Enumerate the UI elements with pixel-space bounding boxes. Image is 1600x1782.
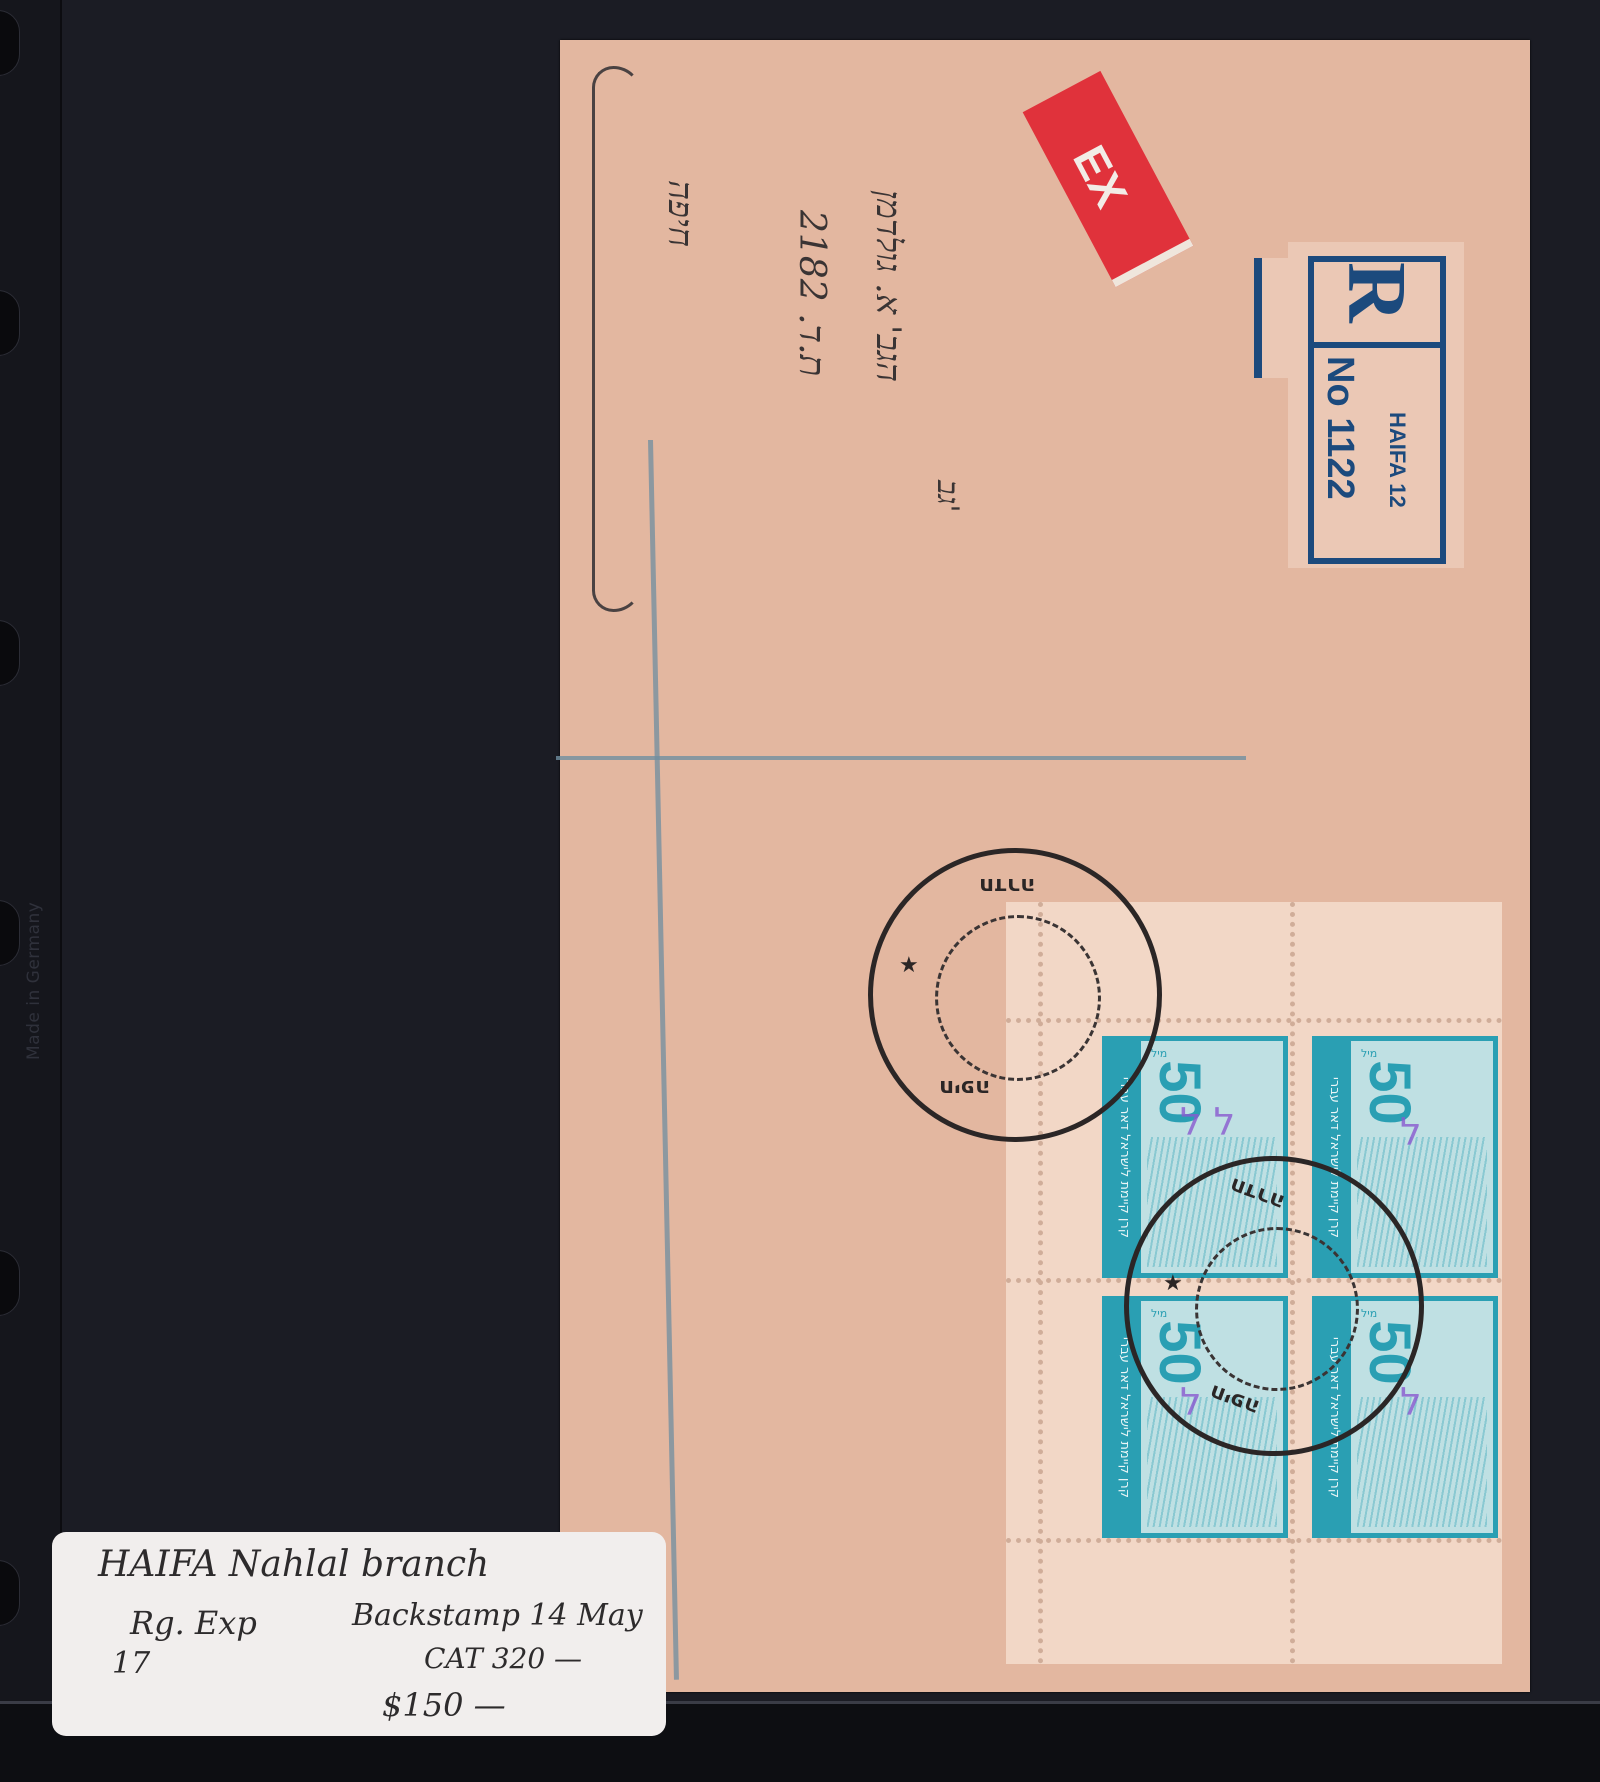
note-line-3-left: 17 <box>112 1646 150 1681</box>
postmark-star: ★ <box>1163 1271 1183 1296</box>
postmark-cancel: חדרה ★ חיפה <box>868 848 1162 1142</box>
registration-label-stub <box>1254 258 1288 378</box>
address-line-3: חיפה <box>660 180 700 247</box>
postmark-top-text: חדרה <box>1226 1172 1288 1215</box>
violet-manuscript-cancel: ל <box>1400 1110 1422 1154</box>
dealer-note-card: HAIFA Nahlal branch Rg. Exp Backstamp 14… <box>52 1532 666 1736</box>
stamp-vignette <box>1357 1397 1487 1527</box>
address-line-2: ת.ד. 2182 <box>790 210 832 377</box>
registration-number: No 1122 <box>1318 356 1361 500</box>
express-label-text: EX <box>1062 136 1138 216</box>
note-line-4-price: $150 — <box>382 1686 506 1724</box>
note-line-3-right: CAT 320 — <box>424 1642 582 1675</box>
blue-crayon-line-horizontal <box>556 756 1246 760</box>
handwritten-flourish <box>592 66 642 612</box>
registration-letter: R <box>1314 262 1440 348</box>
binder-hole <box>0 1250 20 1316</box>
binder-hole <box>0 900 20 966</box>
registration-letter-text: R <box>1336 262 1416 342</box>
postmark-inner-ring <box>1195 1227 1359 1391</box>
binder-hole <box>0 1560 20 1626</box>
address-line-4: גב' <box>930 480 965 513</box>
postmark-star: ★ <box>899 953 919 978</box>
address-line-1: הגב' א. גולדמן <box>868 190 908 382</box>
registration-label: R No 1122 HAIFA 12 <box>1288 242 1464 568</box>
note-line-2-left: Rg. Exp <box>130 1604 257 1642</box>
note-line-1: HAIFA Nahlal branch <box>98 1544 489 1585</box>
note-line-2-right: Backstamp 14 May <box>352 1598 643 1633</box>
binder-manufacturer-text: Made in Germany <box>24 902 44 1060</box>
stamp-unit: מיל <box>1361 1047 1377 1060</box>
postmark-cancel: חדרה ★ חיפה <box>1124 1156 1424 1456</box>
postmark-bottom-text: חיפה <box>939 1075 990 1100</box>
binder-hole <box>0 10 20 76</box>
perforation-line <box>1006 1538 1502 1543</box>
violet-manuscript-cancel: ל <box>1400 1380 1422 1424</box>
violet-manuscript-cancel: ל ל <box>1180 1100 1235 1144</box>
binder-hole <box>0 620 20 686</box>
postmark-top-text: חדרה <box>979 873 1035 898</box>
stamp-unit: מיל <box>1151 1047 1167 1060</box>
registration-office: HAIFA 12 <box>1384 412 1410 508</box>
postmark-inner-ring <box>935 915 1101 1081</box>
album-binder-edge <box>0 0 62 1782</box>
binder-hole <box>0 290 20 356</box>
registration-frame: R No 1122 HAIFA 12 <box>1308 256 1446 564</box>
